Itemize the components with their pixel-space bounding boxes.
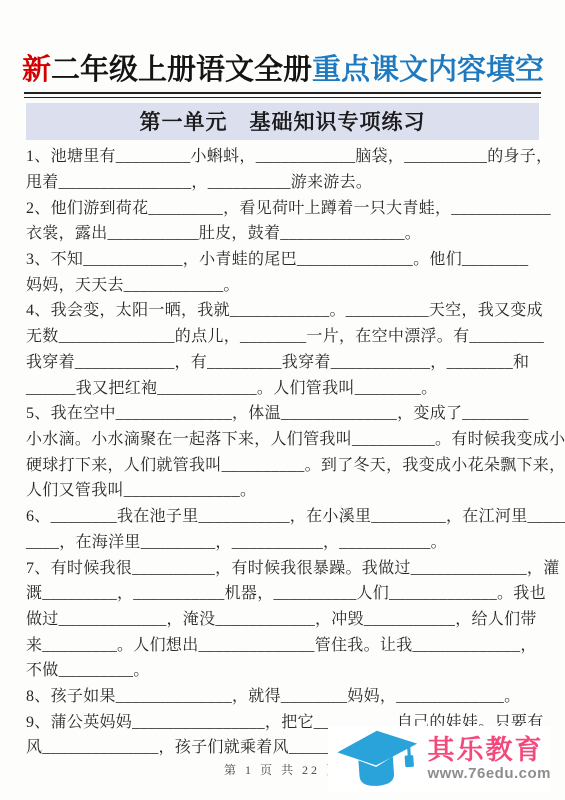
- title-part-topic: 重点课文内容填空: [312, 54, 544, 86]
- section-header: 第一单元 基础知识专项练习: [26, 103, 539, 140]
- worksheet-line: 无数______________的点儿，________一片，在空中漂浮。有__…: [26, 324, 545, 350]
- worksheet-line: 做过_____________，淹没____________，冲毁_______…: [26, 607, 545, 633]
- page-indicator: 第 1 页 共 22 页: [224, 763, 341, 777]
- worksheet-line: ____，在海洋里_________，___________，_________…: [26, 530, 545, 556]
- worksheet-line: 6、________我在池子里___________，在小溪里_________…: [26, 504, 545, 530]
- worksheet-line: 不做_________。: [26, 658, 545, 684]
- title-part-main: 二年级上册语文全册: [51, 54, 312, 86]
- worksheet-page: 新二年级上册语文全册重点课文内容填空 第一单元 基础知识专项练习 1、池塘里有_…: [0, 0, 565, 800]
- worksheet-line: 7、有时候我很__________，有时候我很暴躁。我做过___________…: [26, 556, 545, 582]
- worksheet-line: 硬球打下来，人们就管我叫__________。到了冬天，我变成小花朵飘下来，: [26, 453, 545, 479]
- section-heading: 第一单元 基础知识专项练习: [140, 110, 426, 134]
- worksheet-line: 衣裳，露出___________肚皮，鼓着_______________。: [26, 221, 545, 247]
- worksheet-line: 小水滴。小水滴聚在一起落下来，人们管我叫__________。有时候我变成小: [26, 427, 545, 453]
- double-divider: [24, 92, 541, 98]
- graduation-cap-icon: [329, 723, 425, 795]
- worksheet-line: 甩着________________，__________游来游去。: [26, 170, 545, 196]
- worksheet-line: 我穿着____________，有_________我穿着___________…: [26, 350, 545, 376]
- worksheet-line: 妈妈，天天去____________。: [26, 273, 545, 299]
- worksheet-line: ______我又把红袍____________。人们管我叫________。: [26, 376, 545, 402]
- worksheet-line: 1、池塘里有_________小蝌蚪，____________脑袋，______…: [26, 144, 545, 170]
- brand-logo: 其乐教育 www.76edu.com: [328, 726, 551, 792]
- worksheet-line: 4、我会变，太阳一晒，我就____________。__________天空，我…: [26, 298, 545, 324]
- worksheet-line: 来_________。人们想出______________管住我。让我_____…: [26, 633, 545, 659]
- worksheet-line: 8、孩子如果______________，就得________妈妈，______…: [26, 684, 545, 710]
- question-list: 1、池塘里有_________小蝌蚪，____________脑袋，______…: [0, 140, 565, 761]
- worksheet-line: 溉_________，___________机器，__________人们___…: [26, 581, 545, 607]
- worksheet-line: 3、不知____________，小青蛙的尾巴______________。他们…: [26, 247, 545, 273]
- brand-website: www.76edu.com: [428, 765, 551, 782]
- worksheet-line: 2、他们游到荷花_________，看见荷叶上蹲着一只大青蛙，_________…: [26, 196, 545, 222]
- brand-name: 其乐教育: [428, 736, 544, 764]
- worksheet-line: 5、我在空中______________，体温______________，变成…: [26, 401, 545, 427]
- title-part-new: 新: [22, 54, 51, 86]
- worksheet-line: 人们又管我叫______________。: [26, 478, 545, 504]
- page-title: 新二年级上册语文全册重点课文内容填空: [22, 52, 543, 88]
- brand-text-block: 其乐教育 www.76edu.com: [428, 736, 551, 781]
